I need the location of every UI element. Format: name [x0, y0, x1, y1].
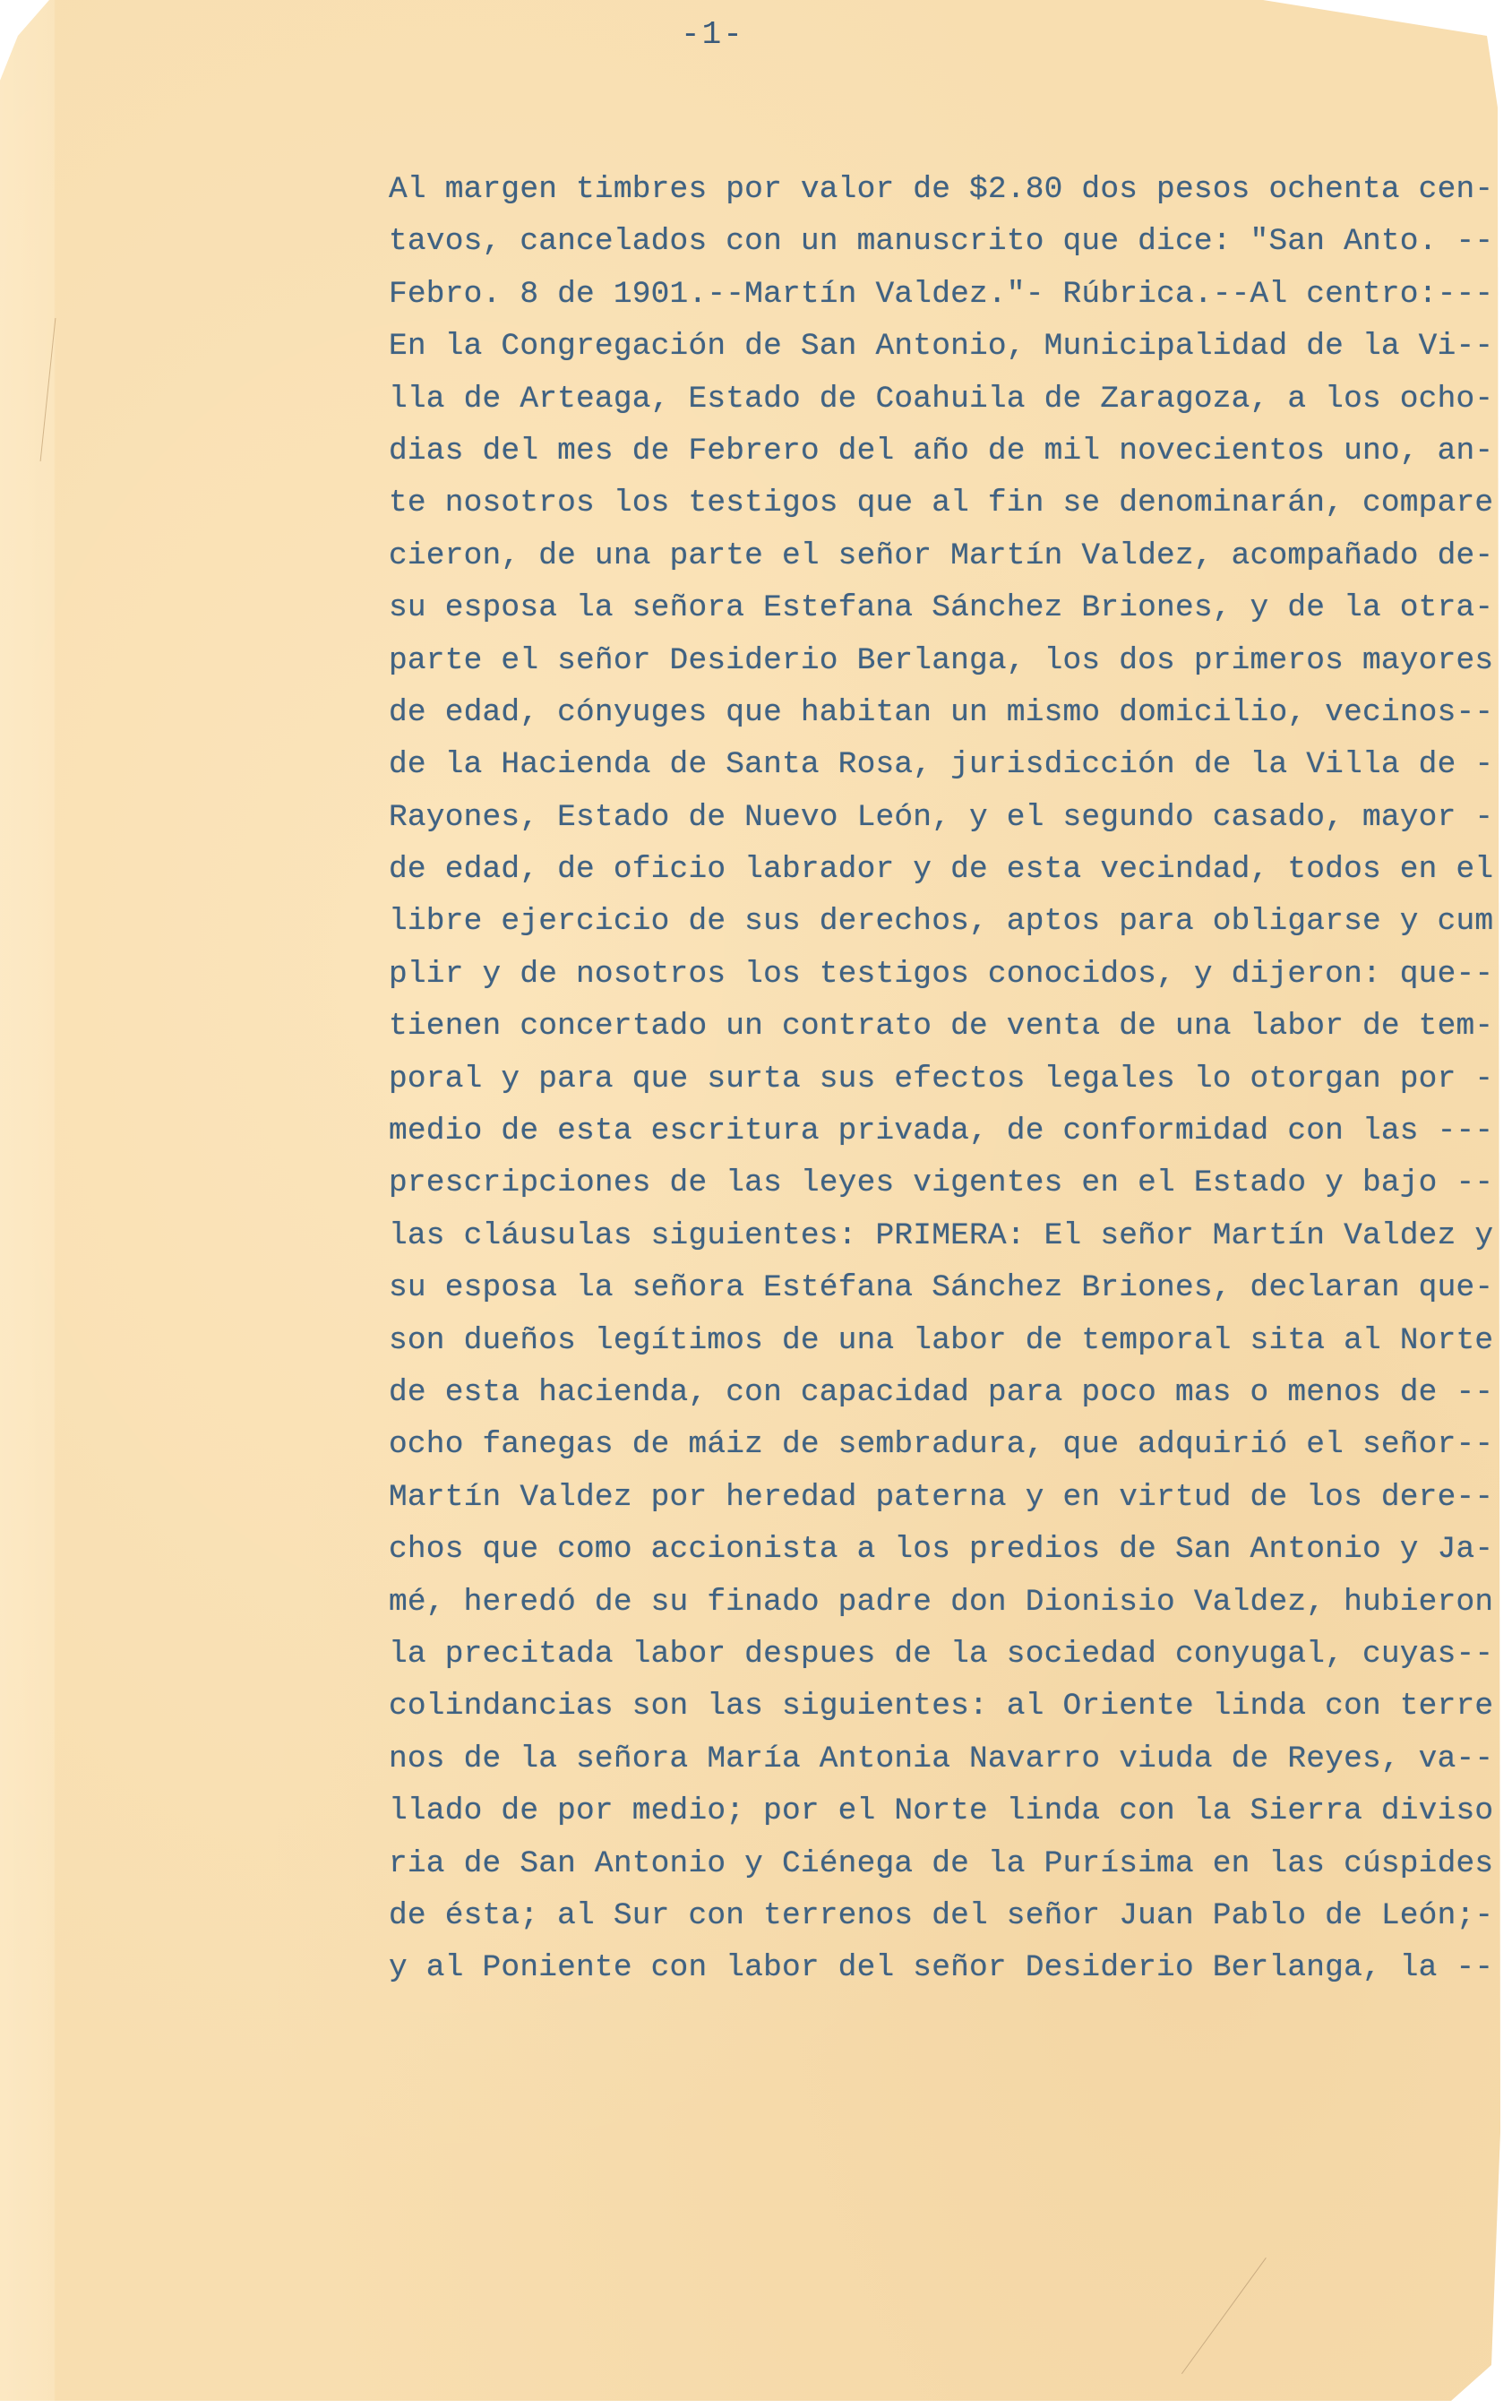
- text-line: las cláusulas siguientes: PRIMERA: El se…: [389, 1210, 1464, 1262]
- text-line: ria de San Antonio y Ciénega de la Purís…: [389, 1838, 1464, 1890]
- text-line: dias del mes de Febrero del año de mil n…: [389, 426, 1464, 477]
- text-line: Rayones, Estado de Nuevo León, y el segu…: [389, 792, 1464, 844]
- text-line: nos de la señora María Antonia Navarro v…: [389, 1733, 1464, 1785]
- text-line: lla de Arteaga, Estado de Coahuila de Za…: [389, 374, 1464, 426]
- text-line: cieron, de una parte el señor Martín Val…: [389, 530, 1464, 582]
- text-line: de la Hacienda de Santa Rosa, jurisdicci…: [389, 739, 1464, 791]
- page-number: -1-: [681, 16, 744, 53]
- text-line: de ésta; al Sur con terrenos del señor J…: [389, 1890, 1464, 1942]
- text-line: de edad, de oficio labrador y de esta ve…: [389, 844, 1464, 896]
- text-line: Martín Valdez por heredad paterna y en v…: [389, 1472, 1464, 1524]
- paper-fold-corner: [1181, 2257, 1267, 2374]
- text-line: la precitada labor despues de la socieda…: [389, 1629, 1464, 1681]
- text-line: su esposa la señora Estéfana Sánchez Bri…: [389, 1262, 1464, 1314]
- text-line: Febro. 8 de 1901.--Martín Valdez."- Rúbr…: [389, 269, 1464, 321]
- text-line: tienen concertado un contrato de venta d…: [389, 1001, 1464, 1053]
- text-line: llado de por medio; por el Norte linda c…: [389, 1785, 1464, 1837]
- typewritten-body: Al margen timbres por valor de $2.80 dos…: [389, 164, 1464, 1995]
- text-line: de edad, cónyuges que habitan un mismo d…: [389, 687, 1464, 739]
- document-page: -1- Al margen timbres por valor de $2.80…: [0, 0, 1500, 2401]
- text-line: prescripciones de las leyes vigentes en …: [389, 1157, 1464, 1209]
- text-line: te nosotros los testigos que al fin se d…: [389, 477, 1464, 529]
- text-line: plir y de nosotros los testigos conocido…: [389, 949, 1464, 1001]
- text-line: colindancias son las siguientes: al Orie…: [389, 1681, 1464, 1733]
- text-line: de esta hacienda, con capacidad para poc…: [389, 1367, 1464, 1419]
- text-line: su esposa la señora Estefana Sánchez Bri…: [389, 582, 1464, 634]
- text-line: Al margen timbres por valor de $2.80 dos…: [389, 164, 1464, 216]
- text-line: chos que como accionista a los predios d…: [389, 1524, 1464, 1576]
- text-line: parte el señor Desiderio Berlanga, los d…: [389, 635, 1464, 687]
- text-line: tavos, cancelados con un manuscrito que …: [389, 216, 1464, 268]
- text-line: En la Congregación de San Antonio, Munic…: [389, 321, 1464, 373]
- text-line: medio de esta escritura privada, de conf…: [389, 1105, 1464, 1157]
- text-line: mé, heredó de su finado padre don Dionis…: [389, 1577, 1464, 1629]
- text-line: poral y para que surta sus efectos legal…: [389, 1053, 1464, 1105]
- text-line: son dueños legítimos de una labor de tem…: [389, 1315, 1464, 1367]
- text-line: y al Poniente con labor del señor Deside…: [389, 1942, 1464, 1994]
- text-line: libre ejercicio de sus derechos, aptos p…: [389, 896, 1464, 948]
- paper-tear: [40, 318, 62, 461]
- text-line: ocho fanegas de máiz de sembradura, que …: [389, 1419, 1464, 1471]
